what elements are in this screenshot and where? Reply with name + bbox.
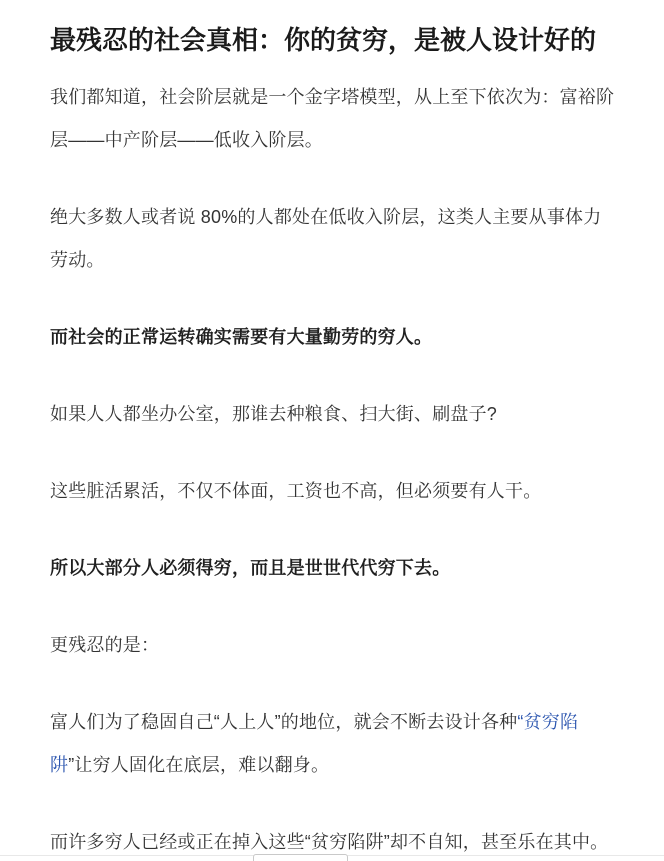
paragraph-society-needs-poor: 而社会的正常运转确实需要有大量勤劳的穷人。	[50, 316, 616, 359]
paragraph-must-stay-poor: 所以大部分人必须得穷，而且是世世代代穷下去。	[50, 547, 616, 590]
cutoff-box-partial[interactable]	[253, 854, 348, 861]
paragraph-poverty-trap: 富人们为了稳固自己“人上人”的地位，就会不断去设计各种“贫穷陷阱”让穷人固化在底…	[50, 701, 616, 787]
paragraph-dirty-work: 这些脏活累活，不仅不体面，工资也不高，但必须要有人干。	[50, 470, 616, 513]
paragraph-office-question: 如果人人都坐办公室，那谁去种粮食、扫大街、刷盘子?	[50, 393, 616, 436]
paragraph-text: 更残忍的是：	[50, 635, 159, 655]
paragraph-eighty-percent: 绝大多数人或者说 80%的人都处在低收入阶层，这类人主要从事体力劳动。	[50, 196, 616, 282]
paragraph-text: 绝大多数人或者说 80%的人都处在低收入阶层，这类人主要从事体力劳动。	[50, 207, 601, 270]
article-page: 最残忍的社会真相：你的贫穷，是被人设计好的 我们都知道，社会阶层就是一个金字塔模…	[0, 0, 664, 861]
paragraph-text: 我们都知道，社会阶层就是一个金字塔模型，从上至下依次为：富裕阶层——中产阶层——…	[50, 87, 614, 150]
paragraph-text: 所以大部分人必须得穷，而且是世世代代穷下去。	[50, 558, 450, 578]
paragraph-text: 富人们为了稳固自己“人上人”的地位，就会不断去设计各种	[50, 712, 517, 732]
paragraph-text: 如果人人都坐办公室，那谁去种粮食、扫大街、刷盘子?	[50, 404, 497, 424]
article-content: 最残忍的社会真相：你的贫穷，是被人设计好的 我们都知道，社会阶层就是一个金字塔模…	[0, 22, 664, 861]
paragraph-text: 这些脏活累活，不仅不体面，工资也不高，但必须要有人干。	[50, 481, 541, 501]
article-title: 最残忍的社会真相：你的贫穷，是被人设计好的	[50, 22, 616, 58]
paragraph-more-cruel: 更残忍的是：	[50, 624, 616, 667]
paragraph-text: 而社会的正常运转确实需要有大量勤劳的穷人。	[50, 327, 432, 347]
paragraph-pyramid-model: 我们都知道，社会阶层就是一个金字塔模型，从上至下依次为：富裕阶层——中产阶层——…	[50, 76, 616, 162]
paragraph-text: ”让穷人固化在底层，难以翻身。	[68, 755, 329, 775]
paragraph-text: 而许多穷人已经或正在掉入这些“贫穷陷阱”却不自知，甚至乐在其中。	[50, 832, 608, 852]
